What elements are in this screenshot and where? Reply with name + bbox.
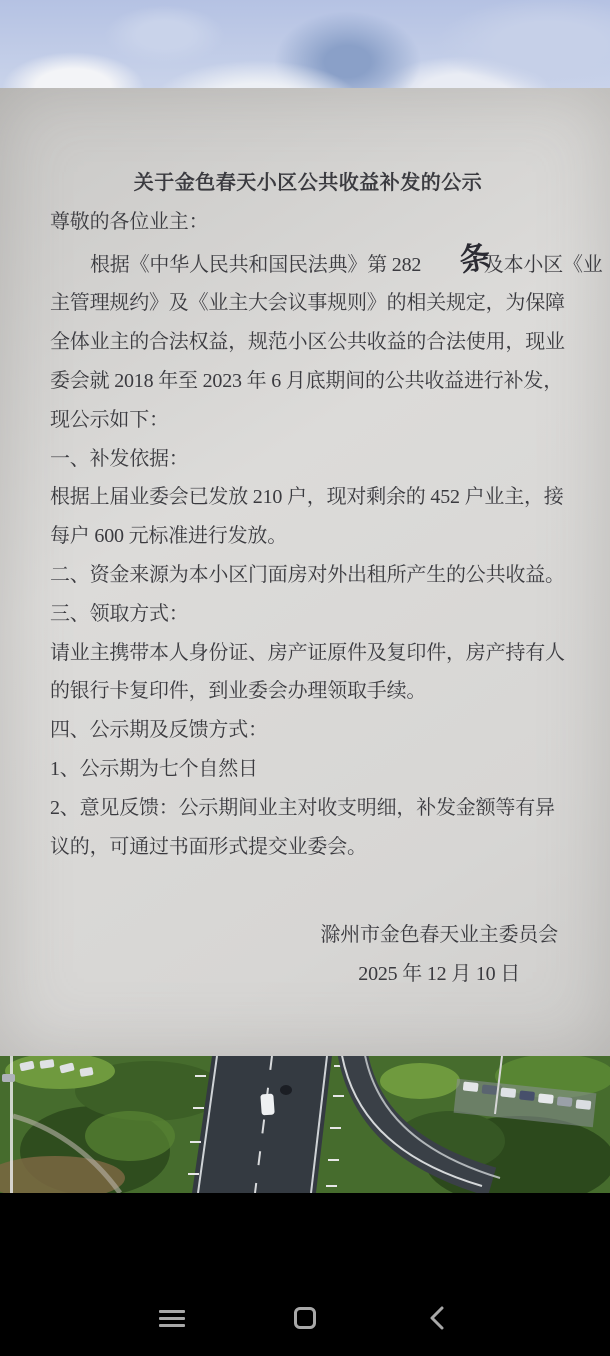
home-icon <box>294 1307 316 1329</box>
road-photo-graphic <box>0 1056 610 1193</box>
notice-line: 根据上届业委会已发放 210 户，现对剩余的 452 户业主，接 <box>50 478 566 517</box>
notice-line: 主管理规约》及《业主大会议事规则》的相关规定，为保障 <box>50 284 566 323</box>
sky-photo <box>0 0 610 88</box>
notice-line: 2、意见反馈：公示期间业主对收支明细，补发金额等有异 <box>50 789 566 828</box>
notice-line: 三、领取方式： <box>50 595 566 634</box>
notice-line: 请业主携带本人身份证、房产证原件及复印件，房产持有人 <box>50 634 566 673</box>
signature-date: 2025 年 12 月 10 日 <box>320 955 558 994</box>
phone-screen: 关于金色春天小区公共收益补发的公示 尊敬的各位业主： 根据《中华人民共和国民法典… <box>0 0 610 1356</box>
notice-line: 每户 600 元标准进行发放。 <box>50 517 566 556</box>
notice-line: 委会就 2018 年至 2023 年 6 月底期间的公共收益进行补发， <box>50 362 566 401</box>
recent-apps-icon <box>159 1306 185 1331</box>
back-button[interactable] <box>425 1305 451 1331</box>
notice-clause-line: 根据《中华人民共和国民法典》第 282 条及本小区《业 <box>50 242 566 285</box>
handwritten-correction: 条 <box>417 237 494 290</box>
notice-line: 现公示如下： <box>50 401 566 440</box>
back-icon <box>425 1305 451 1331</box>
clause-text-before: 根据《中华人民共和国民法典》第 282 <box>90 254 426 276</box>
notice-line: 议的，可通过书面形式提交业委会。 <box>50 828 566 867</box>
notice-paper: 关于金色春天小区公共收益补发的公示 尊敬的各位业主： 根据《中华人民共和国民法典… <box>0 88 610 1056</box>
notice-line: 二、资金来源为本小区门面房对外出租所产生的公共收益。 <box>50 556 566 595</box>
notice-salutation: 尊敬的各位业主： <box>50 203 566 242</box>
notice-line: 四、公示期及反馈方式： <box>50 711 566 750</box>
recent-apps-button[interactable] <box>159 1305 185 1331</box>
signature-org: 滁州市金色春天业主委员会 <box>320 916 558 955</box>
clause-text-after: 及本小区《业 <box>484 254 603 276</box>
notice-line: 全体业主的合法权益，规范小区公共收益的合法使用，现业 <box>50 323 566 362</box>
notice-line: 的银行卡复印件，到业委会办理领取手续。 <box>50 672 566 711</box>
signature-block: 滁州市金色春天业主委员会 2025 年 12 月 10 日 <box>320 916 558 994</box>
home-button[interactable] <box>292 1305 318 1331</box>
notice-line: 一、补发依据： <box>50 440 566 479</box>
notice-title: 关于金色春天小区公共收益补发的公示 <box>50 164 566 203</box>
road-photo <box>0 1056 610 1193</box>
notice-line: 1、公示期为七个自然日 <box>50 750 566 789</box>
android-nav-bar <box>0 1280 610 1356</box>
